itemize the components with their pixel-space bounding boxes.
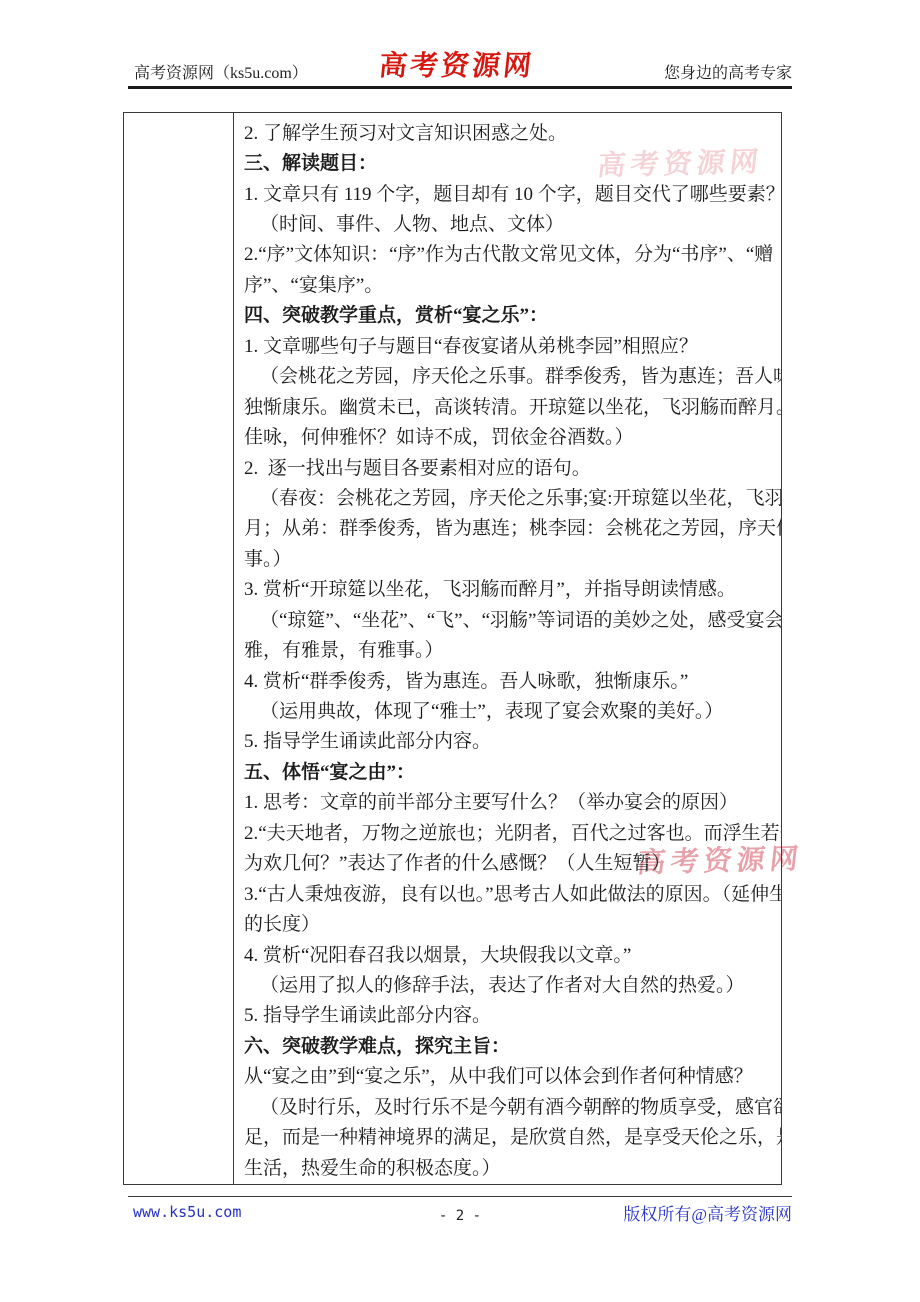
doc-line: 1. 文章只有 119 个字，题目却有 10 个字，题目交代了哪些要素？ [244, 177, 775, 207]
doc-line: 5. 指导学生诵读此部分内容。 [244, 999, 775, 1029]
doc-line: 2. 了解学生预习对文言知识困惑之处。 [244, 116, 775, 146]
doc-line: 独惭康乐。幽赏未已，高谈转清。开琼筵以坐花，飞羽觞而醉月。不有 [244, 390, 775, 420]
doc-line: 五、体悟“宴之由”： [244, 755, 775, 785]
doc-line: 序”、“宴集序”。 [244, 268, 775, 298]
doc-line: 事。） [244, 542, 775, 572]
table-label-column [124, 113, 234, 1184]
doc-line: 从“宴之由”到“宴之乐”，从中我们可以体会到作者何种情感？ [244, 1060, 775, 1090]
doc-line: 月；从弟：群季俊秀，皆为惠连；桃李园：会桃花之芳园，序天伦之乐 [244, 512, 775, 542]
doc-line: （运用典故，体现了“雅士”，表现了宴会欢聚的美好。） [244, 694, 775, 724]
doc-line: 3. 赏析“开琼筵以坐花，飞羽觞而醉月”，并指导朗读情感。 [244, 573, 775, 603]
doc-line: 生活，热爱生命的积极态度。） [244, 1151, 775, 1181]
doc-line: （春夜：会桃花之芳园，序天伦之乐事;宴:开琼筵以坐花，飞羽觞而醉 [244, 481, 775, 511]
doc-line: 2.“序”文体知识：“序”作为古代散文常见文体，分为“书序”、“赠 [244, 238, 775, 268]
table-content-cell: 2. 了解学生预习对文言知识困惑之处。三、解读题目：1. 文章只有 119 个字… [235, 113, 781, 1184]
doc-line: （时间、事件、人物、地点、文体） [244, 207, 775, 237]
doc-line: 六、突破教学难点，探究主旨： [244, 1029, 775, 1059]
doc-line: 1. 思考：文章的前半部分主要写什么？（举办宴会的原因） [244, 786, 775, 816]
doc-line: 2. 逐一找出与题目各要素相对应的语句。 [244, 451, 775, 481]
doc-line: 5. 指导学生诵读此部分内容。 [244, 725, 775, 755]
doc-line: （“琼筵”、“坐花”、“飞”、“羽觞”等词语的美妙之处，感受宴会之高 [244, 603, 775, 633]
header-slogan: 您身边的高考专家 [664, 60, 792, 83]
doc-line: 三、解读题目： [244, 146, 775, 176]
doc-line: （及时行乐，及时行乐不是今朝有酒今朝醉的物质享受，感官欲望的满 [244, 1090, 775, 1120]
doc-line: 足，而是一种精神境界的满足，是欣赏自然，是享受天伦之乐，是享受 [244, 1120, 775, 1150]
doc-line: （运用了拟人的修辞手法，表达了作者对大自然的热爱。） [244, 968, 775, 998]
doc-line: （会桃花之芳园，序天伦之乐事。群季俊秀，皆为惠连；吾人咏歌， [244, 360, 775, 390]
doc-line: 四、突破教学重点，赏析“宴之乐”： [244, 299, 775, 329]
doc-line: 雅，有雅景，有雅事。） [244, 633, 775, 663]
doc-line: 3.“古人秉烛夜游，良有以也。”思考古人如此做法的原因。（延伸生命 [244, 877, 775, 907]
doc-line: 4. 赏析“群季俊秀，皆为惠连。吾人咏歌，独惭康乐。” [244, 664, 775, 694]
footer-divider [128, 1196, 792, 1197]
doc-line: 4. 赏析“况阳春召我以烟景，大块假我以文章。” [244, 938, 775, 968]
site-logo: 高考资源网 [377, 44, 536, 84]
lesson-plan-table: 2. 了解学生预习对文言知识困惑之处。三、解读题目：1. 文章只有 119 个字… [123, 112, 782, 1185]
footer-copyright-link[interactable]: 版权所有@高考资源网 [623, 1200, 792, 1225]
doc-line: 2.“夫天地者，万物之逆旅也；光阴者，百代之过客也。而浮生若梦， [244, 816, 775, 846]
doc-line: 为欢几何？”表达了作者的什么感慨？（人生短暂） [244, 847, 775, 877]
doc-line: 佳咏，何伸雅怀？如诗不成，罚依金谷酒数。） [244, 420, 775, 450]
doc-line: 1. 文章哪些句子与题目“春夜宴诸从弟桃李园”相照应？ [244, 329, 775, 359]
document-page: 高考资源网（ks5u.com） 高考资源网 您身边的高考专家 高考资源网 高考资… [0, 0, 920, 1302]
header-divider [128, 86, 792, 89]
header-site-name: 高考资源网（ks5u.com） [134, 60, 308, 83]
doc-line: 的长度） [244, 907, 775, 937]
